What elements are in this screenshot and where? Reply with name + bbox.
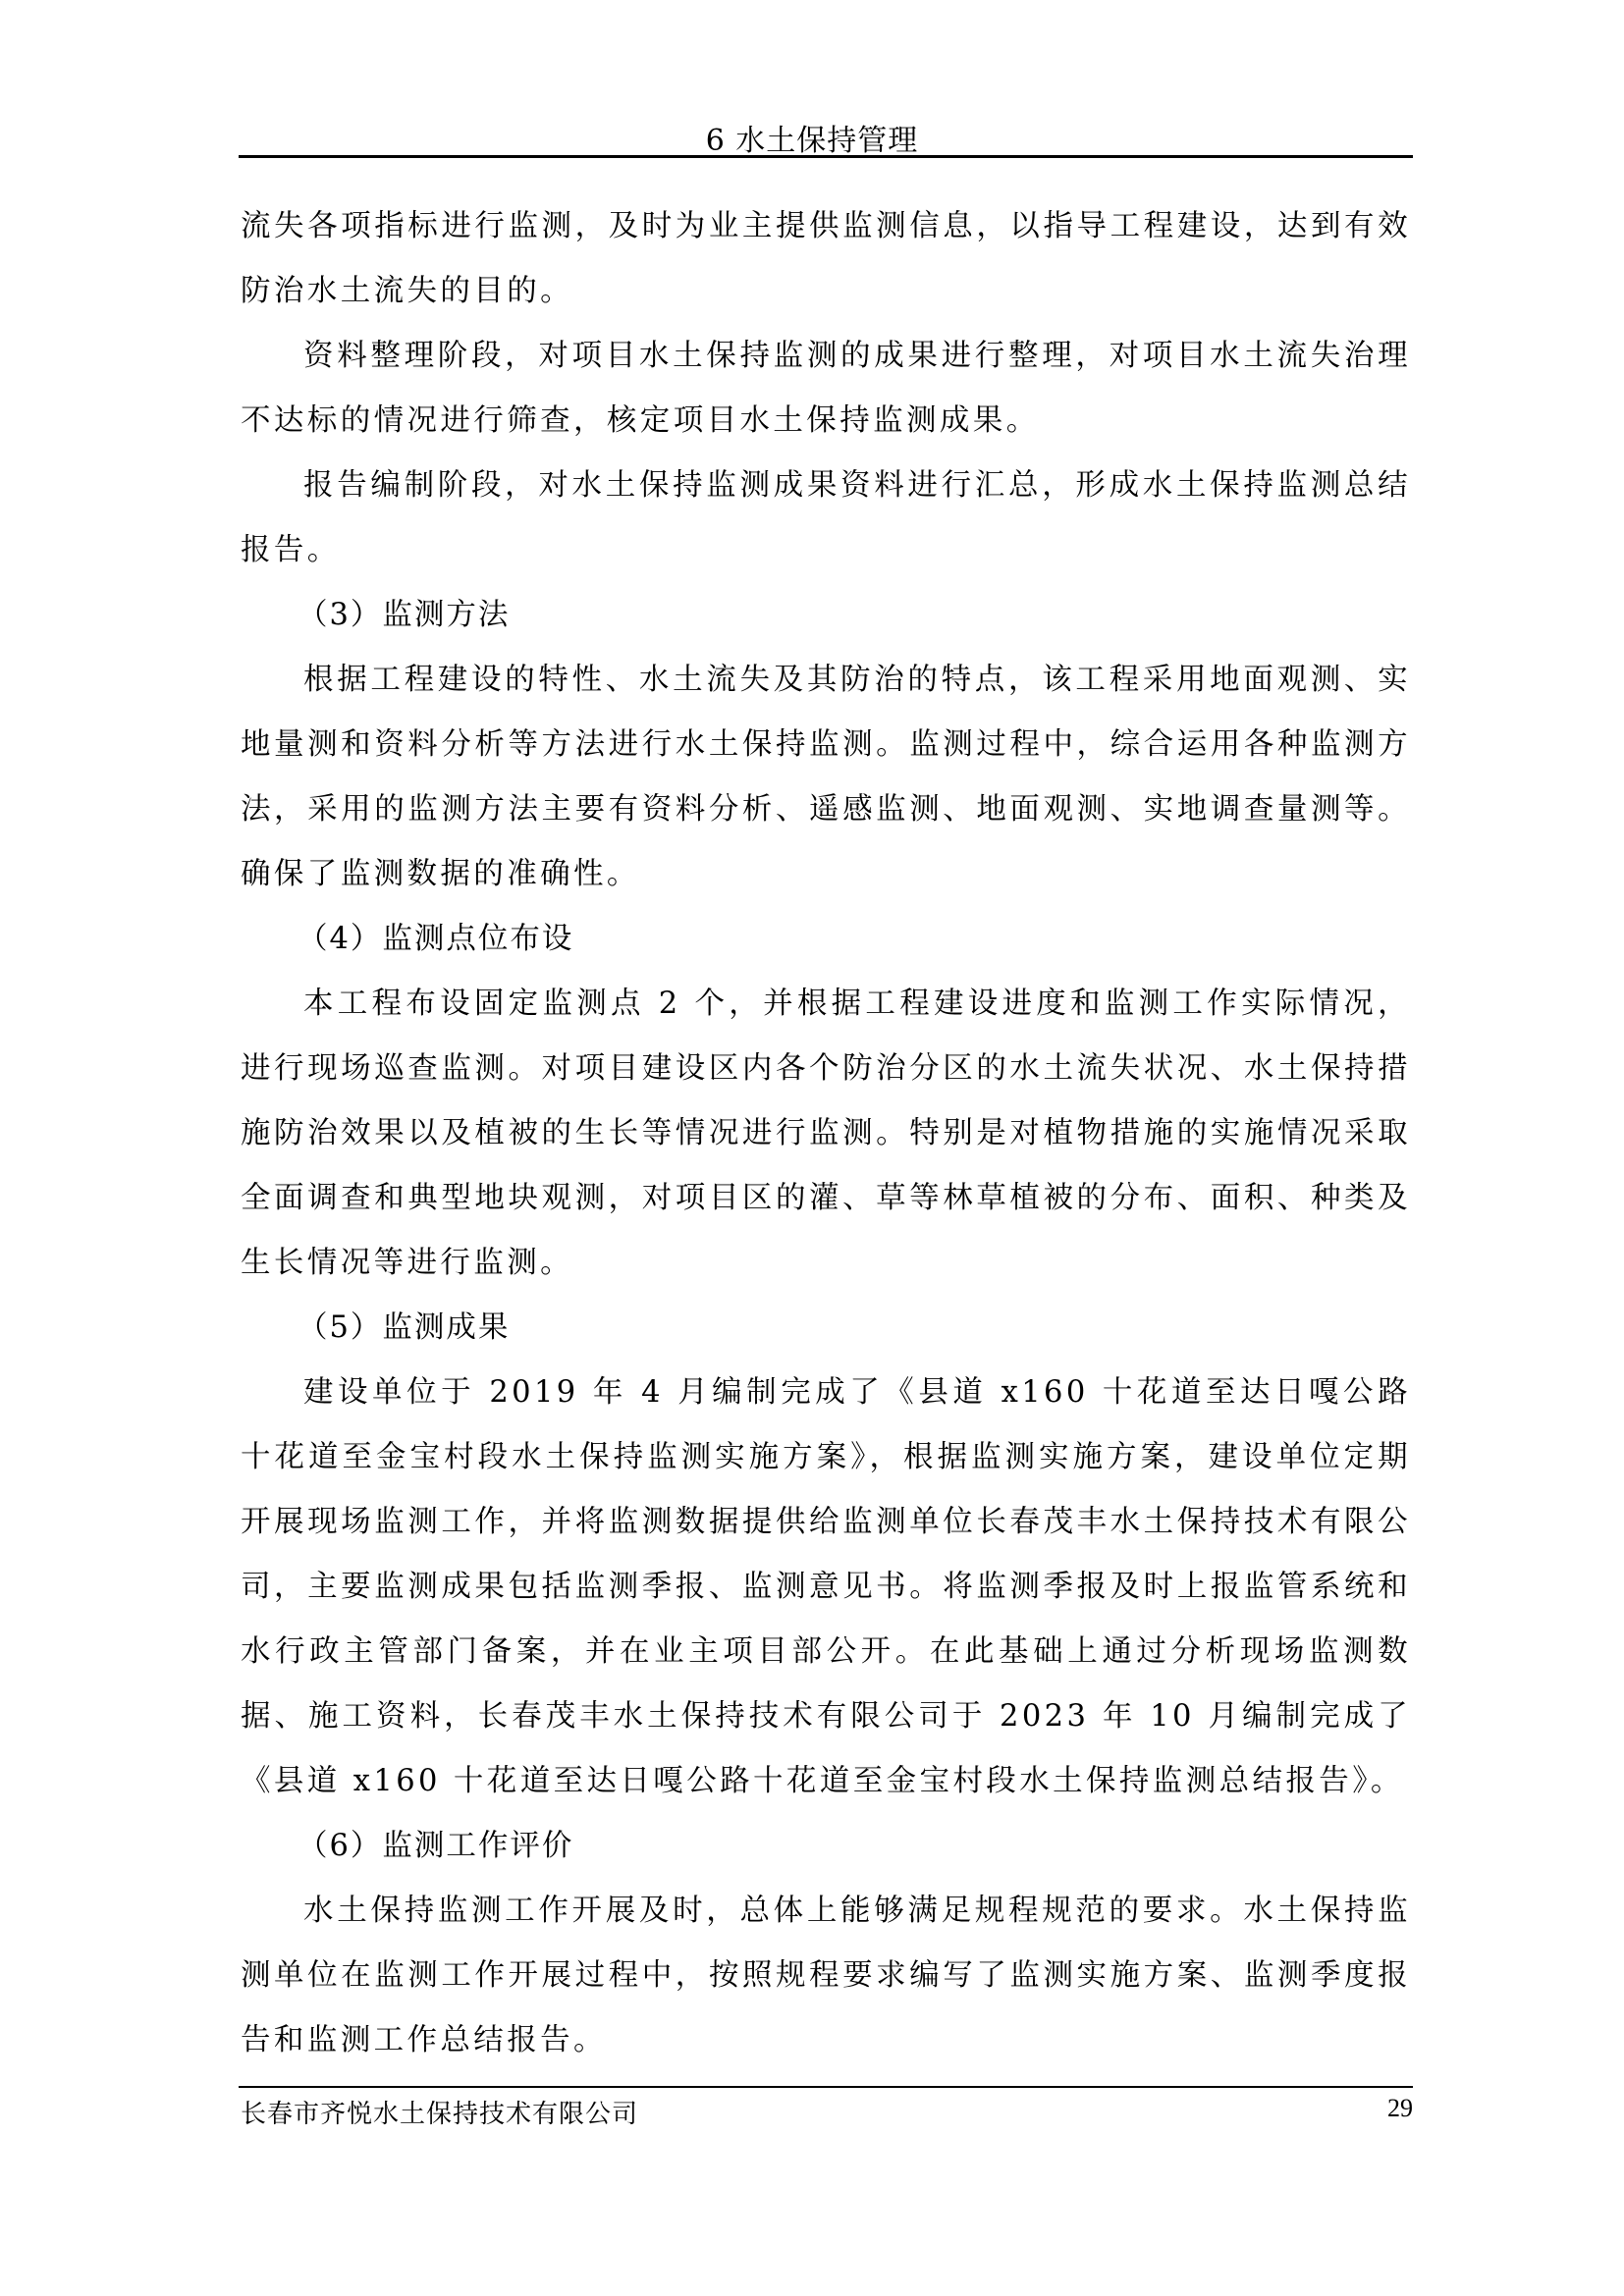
paragraph-monitoring-points: 本工程布设固定监测点 2 个，并根据工程建设进度和监测工作实际情况，进行现场巡查… (241, 972, 1411, 1296)
paragraph-monitoring-methods: 根据工程建设的特性、水土流失及其防治的特点，该工程采用地面观测、实地量测和资料分… (241, 648, 1411, 907)
section-heading-monitoring-points: （4）监测点位布设 (241, 907, 1411, 972)
section-heading-monitoring-methods: （3）监测方法 (241, 583, 1411, 648)
page-number: 29 (1387, 2094, 1413, 2123)
paragraph-monitoring-evaluation: 水土保持监测工作开展及时，总体上能够满足规程规范的要求。水土保持监测单位在监测工… (241, 1879, 1411, 2073)
footer-divider (239, 2086, 1413, 2088)
section-heading-monitoring-results: （5）监测成果 (241, 1296, 1411, 1361)
document-body: 流失各项指标进行监测，及时为业主提供监测信息，以指导工程建设，达到有效防治水土流… (241, 194, 1411, 2073)
paragraph-report-compilation: 报告编制阶段，对水土保持监测成果资料进行汇总，形成水土保持监测总结报告。 (241, 454, 1411, 583)
header-divider (239, 155, 1413, 158)
footer-company-name: 长春市齐悦水土保持技术有限公司 (241, 2094, 638, 2130)
section-heading-monitoring-evaluation: （6）监测工作评价 (241, 1814, 1411, 1879)
paragraph-data-organization: 资料整理阶段，对项目水土保持监测的成果进行整理，对项目水土流失治理不达标的情况进… (241, 324, 1411, 454)
chapter-title: 6 水土保持管理 (0, 116, 1624, 159)
paragraph-monitoring-results: 建设单位于 2019 年 4 月编制完成了《县道 x160 十花道至达日嘎公路十… (241, 1361, 1411, 1814)
paragraph-continuation: 流失各项指标进行监测，及时为业主提供监测信息，以指导工程建设，达到有效防治水土流… (241, 194, 1411, 324)
